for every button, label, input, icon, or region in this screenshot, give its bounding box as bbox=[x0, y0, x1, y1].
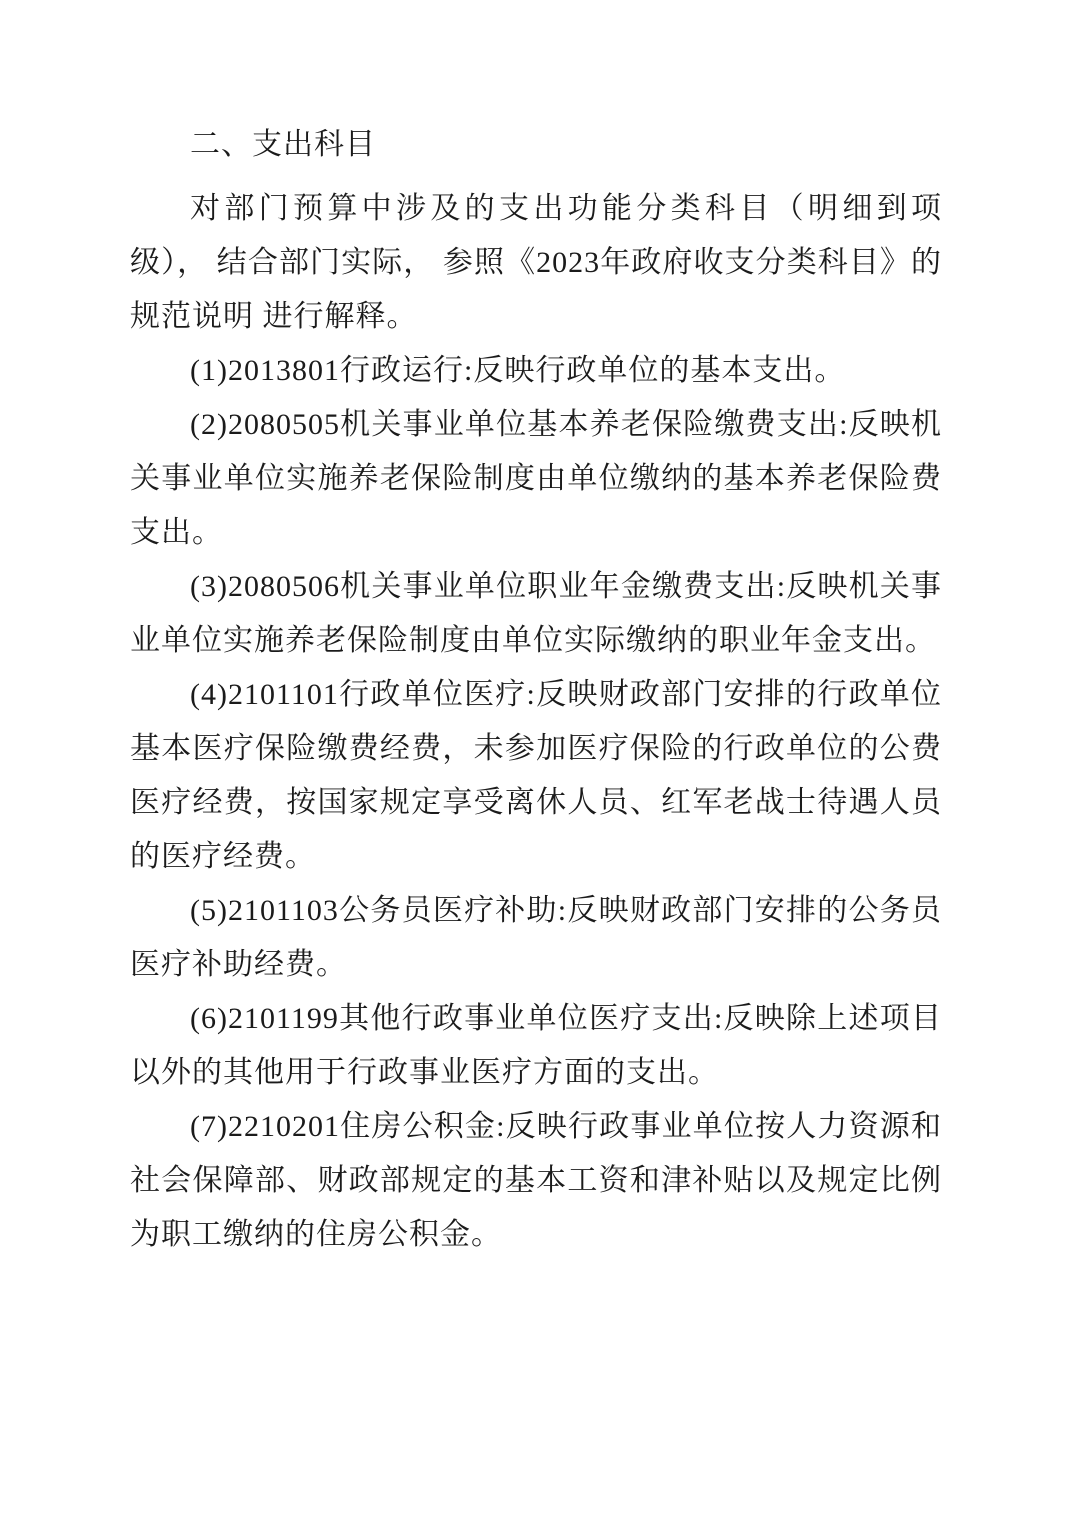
paragraph-7: (6)2101199其他行政事业单位医疗支出:反映除上述项目以外的其他用于行政事… bbox=[130, 992, 942, 1100]
paragraph-6: (5)2101103公务员医疗补助:反映财政部门安排的公务员医疗补助经费。 bbox=[130, 884, 942, 992]
document-body: 二、支出科目对部门预算中涉及的支出功能分类科目（明细到项级）， 结合部门实际， … bbox=[130, 118, 942, 1262]
paragraph-5: (4)2101101行政单位医疗:反映财政部门安排的行政单位基本医疗保险缴费经费… bbox=[130, 668, 942, 884]
paragraph-8: (7)2210201住房公积金:反映行政事业单位按人力资源和社会保障部、财政部规… bbox=[130, 1100, 942, 1262]
paragraph-3: (2)2080505机关事业单位基本养老保险缴费支出:反映机关事业单位实施养老保… bbox=[130, 398, 942, 560]
section-heading: 二、支出科目 bbox=[130, 118, 942, 172]
paragraph-1: 对部门预算中涉及的支出功能分类科目（明细到项级）， 结合部门实际， 参照《202… bbox=[130, 182, 942, 344]
paragraph-4: (3)2080506机关事业单位职业年金缴费支出:反映机关事业单位实施养老保险制… bbox=[130, 560, 942, 668]
document-page: 二、支出科目对部门预算中涉及的支出功能分类科目（明细到项级）， 结合部门实际， … bbox=[0, 0, 1074, 1520]
paragraph-2: (1)2013801行政运行:反映行政单位的基本支出。 bbox=[130, 344, 942, 398]
